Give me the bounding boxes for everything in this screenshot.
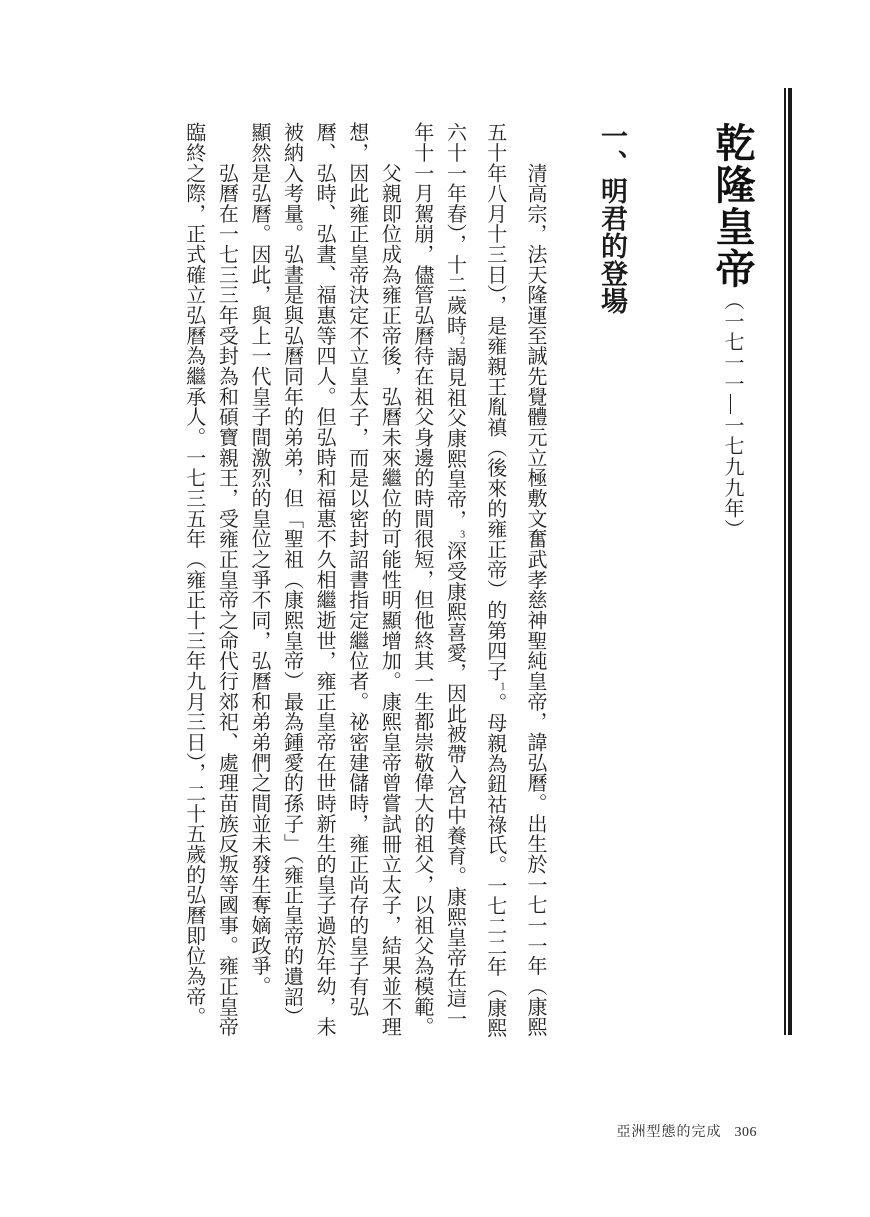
chapter-title-years: （一七一一—一七九九年） [721, 290, 743, 540]
footnote-marker: 3 [457, 530, 468, 541]
text-column: 六十一年春），十二歲時2謁見祖父康熙皇帝，3深受康熙喜愛，因此被帶入宮中養育。康… [438, 122, 478, 1037]
text-column: 曆、弘時、弘晝、福惠等四人。但弘時和福惠不久相繼逝世，雍正皇帝在世時新生的皇子過… [308, 122, 341, 1037]
text-column: 想，因此雍正皇帝決定不立皇太子，而是以密封詔書指定繼位者。祕密建儲時，雍正尚存的… [340, 122, 373, 1037]
book-page: 乾隆皇帝（一七一一—一七九九年） 一、明君的登場 清高宗，法天隆運至誠先覺體元立… [0, 0, 870, 1217]
chapter-title-line: 乾隆皇帝（一七一一—一七九九年） [709, 122, 755, 1037]
footnote-marker: 2 [457, 336, 468, 347]
text-column: 父親即位成為雍正帝後，弘曆未來繼位的可能性明顯增加。康熙皇帝曾嘗試冊立太子，結果… [373, 122, 406, 1037]
text-column: 年十一月駕崩，儘管弘曆待在祖父身邊的時間很短，但他終其一生都崇敬偉大的祖父，以祖… [405, 122, 438, 1037]
page-number: 306 [735, 1125, 758, 1140]
text-column: 弘曆在一七三三年受封為和碩寶親王，受雍正皇帝之命代行郊祀、處理苗族反叛等國事。雍… [210, 122, 243, 1037]
running-title: 亞洲型態的完成 [617, 1125, 722, 1140]
text-column: 被納入考量。弘晝是與弘曆同年的弟弟，但「聖祖（康熙皇帝）最為鍾愛的孫子」（雍正皇… [275, 122, 308, 1037]
footnote-marker: 1 [497, 681, 508, 692]
page-footer: 亞洲型態的完成306 [617, 1121, 758, 1141]
chapter-title: 乾隆皇帝 [710, 122, 754, 290]
text-column: 五十年八月十三日），是雍親王胤禛（後來的雍正帝）的第四子1。母親為鈕祜祿氏。一七… [478, 122, 518, 1037]
text-column: 顯然是弘曆。因此，與上一代皇子間激烈的皇位之爭不同，弘曆和弟弟們之間並未發生奪嫡… [242, 122, 275, 1037]
text-column: 臨終之際，正式確立弘曆為繼承人。一七三五年（雍正十三年九月三日），二十五歲的弘曆… [177, 122, 210, 1037]
section-heading: 一、明君的登場 [595, 122, 629, 1037]
chapter-title-rule [784, 88, 792, 1035]
page-content: 乾隆皇帝（一七一一—一七九九年） 一、明君的登場 清高宗，法天隆運至誠先覺體元立… [177, 122, 755, 1037]
text-column: 清高宗，法天隆運至誠先覺體元立極敷文奮武孝慈神聖純皇帝，諱弘曆。出生於一七一一年… [518, 122, 551, 1037]
body-text: 清高宗，法天隆運至誠先覺體元立極敷文奮武孝慈神聖純皇帝，諱弘曆。出生於一七一一年… [177, 122, 551, 1037]
